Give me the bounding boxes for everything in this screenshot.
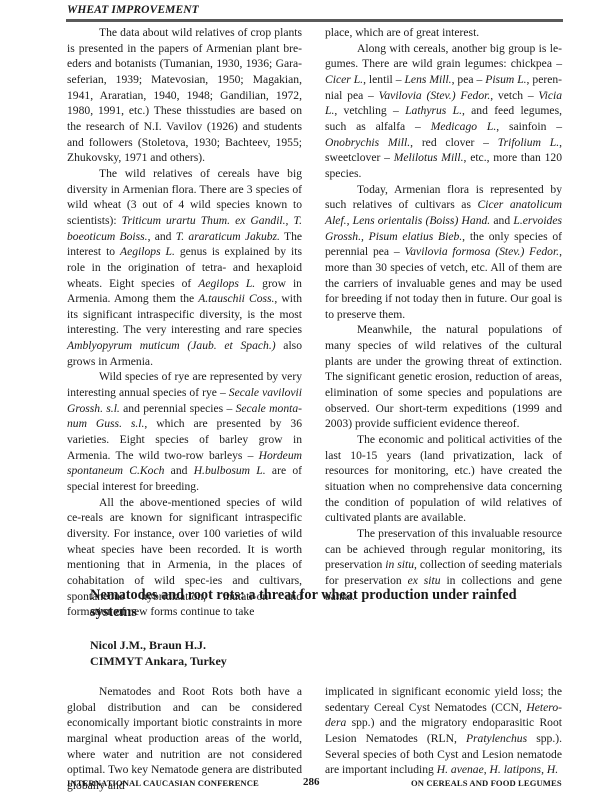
authors: Nicol J.M., Braun H.J. bbox=[90, 637, 227, 653]
article-title: Nematodes and root rots: a threat for wh… bbox=[90, 587, 530, 621]
italic-term: H. avenae bbox=[437, 763, 484, 776]
italic-term: Cicer L. bbox=[325, 73, 363, 86]
header-rule bbox=[66, 19, 563, 22]
text-run: The economic and political activities of… bbox=[325, 433, 562, 524]
italic-term: Aegilops L. bbox=[198, 277, 255, 290]
text-run: , vetchling – bbox=[334, 104, 405, 117]
italic-term: H.bulbosum L. bbox=[194, 464, 266, 477]
italic-term: H. bbox=[547, 763, 558, 776]
text-run: The data about wild relatives of crop pl… bbox=[67, 26, 302, 164]
running-head: WHEAT IMPROVEMENT bbox=[67, 4, 199, 16]
paragraph: The data about wild relatives of crop pl… bbox=[67, 25, 302, 166]
italic-term: ex situ bbox=[408, 574, 441, 587]
article1-right-column: place, which are of great interest.Along… bbox=[325, 25, 562, 604]
text-run: , red clover – bbox=[410, 136, 498, 149]
italic-term: Amblyopyrum muticum (Jaub. et Spach.) bbox=[67, 339, 276, 352]
footer-conference-subtitle: ON CEREALS AND FOOD LEGUMES bbox=[411, 778, 562, 788]
italic-term: Vavilovia formosa (Stev.) Fedor. bbox=[404, 245, 559, 258]
text-run: , lentil – bbox=[363, 73, 404, 86]
text-run: and bbox=[490, 214, 513, 227]
text-run: place, which are of great interest. bbox=[325, 26, 479, 39]
affiliation: CIMMYT Ankara, Turkey bbox=[90, 653, 227, 669]
paragraph: place, which are of great interest. bbox=[325, 25, 562, 41]
italic-term: Medicago L. bbox=[431, 120, 497, 133]
italic-term: Onobrychis Mill. bbox=[325, 136, 410, 149]
paragraph: The wild relatives of cereals have big d… bbox=[67, 166, 302, 370]
italic-term: T. araraticum Jakubz. bbox=[176, 230, 280, 243]
italic-term: Vavilovia (Stev.) Fedor. bbox=[379, 89, 491, 102]
italic-term: Lens Mill. bbox=[404, 73, 451, 86]
italic-term: Pratylenchus bbox=[466, 732, 527, 745]
italic-term: H. latipons bbox=[490, 763, 542, 776]
italic-term: Melilotus Mill. bbox=[394, 151, 464, 164]
italic-term: Pisum L. bbox=[485, 73, 526, 86]
article1-left-column: The data about wild relatives of crop pl… bbox=[67, 25, 302, 620]
text-run: Along with cereals, another big group is… bbox=[325, 42, 562, 71]
article2-right-column: implicated in significant economic yield… bbox=[325, 684, 562, 778]
text-run: , vetch – bbox=[490, 89, 538, 102]
text-run: and perennial species – bbox=[120, 402, 236, 415]
text-run: and bbox=[164, 464, 193, 477]
italic-term: A.tauschii Coss. bbox=[198, 292, 274, 305]
italic-term: Trifolium L. bbox=[498, 136, 559, 149]
paragraph: Along with cereals, another big group is… bbox=[325, 41, 562, 182]
paragraph: Meanwhile, the natural populations of ma… bbox=[325, 322, 562, 432]
paragraph: implicated in significant economic yield… bbox=[325, 684, 562, 778]
text-run: Nematodes and Root Rots both have a glob… bbox=[67, 685, 302, 792]
author-block: Nicol J.M., Braun H.J. CIMMYT Ankara, Tu… bbox=[90, 637, 227, 669]
text-run: Meanwhile, the natural populations of ma… bbox=[325, 323, 562, 430]
paragraph: Today, Armenian flora is represented by … bbox=[325, 182, 562, 323]
text-run: , sainfoin – bbox=[496, 120, 562, 133]
footer-conference-name: INTERNATIONAL CAUCASIAN CONFERENCE bbox=[67, 778, 259, 788]
paragraph: The economic and political activities of… bbox=[325, 432, 562, 526]
paragraph: Wild species of rye are represented by v… bbox=[67, 369, 302, 494]
italic-term: Aegilops L. bbox=[120, 245, 175, 258]
text-run: , pea – bbox=[452, 73, 486, 86]
text-run: , and bbox=[148, 230, 176, 243]
italic-term: in situ bbox=[385, 558, 414, 571]
italic-term: Lathyrus L. bbox=[405, 104, 462, 117]
page-number: 286 bbox=[303, 776, 320, 788]
